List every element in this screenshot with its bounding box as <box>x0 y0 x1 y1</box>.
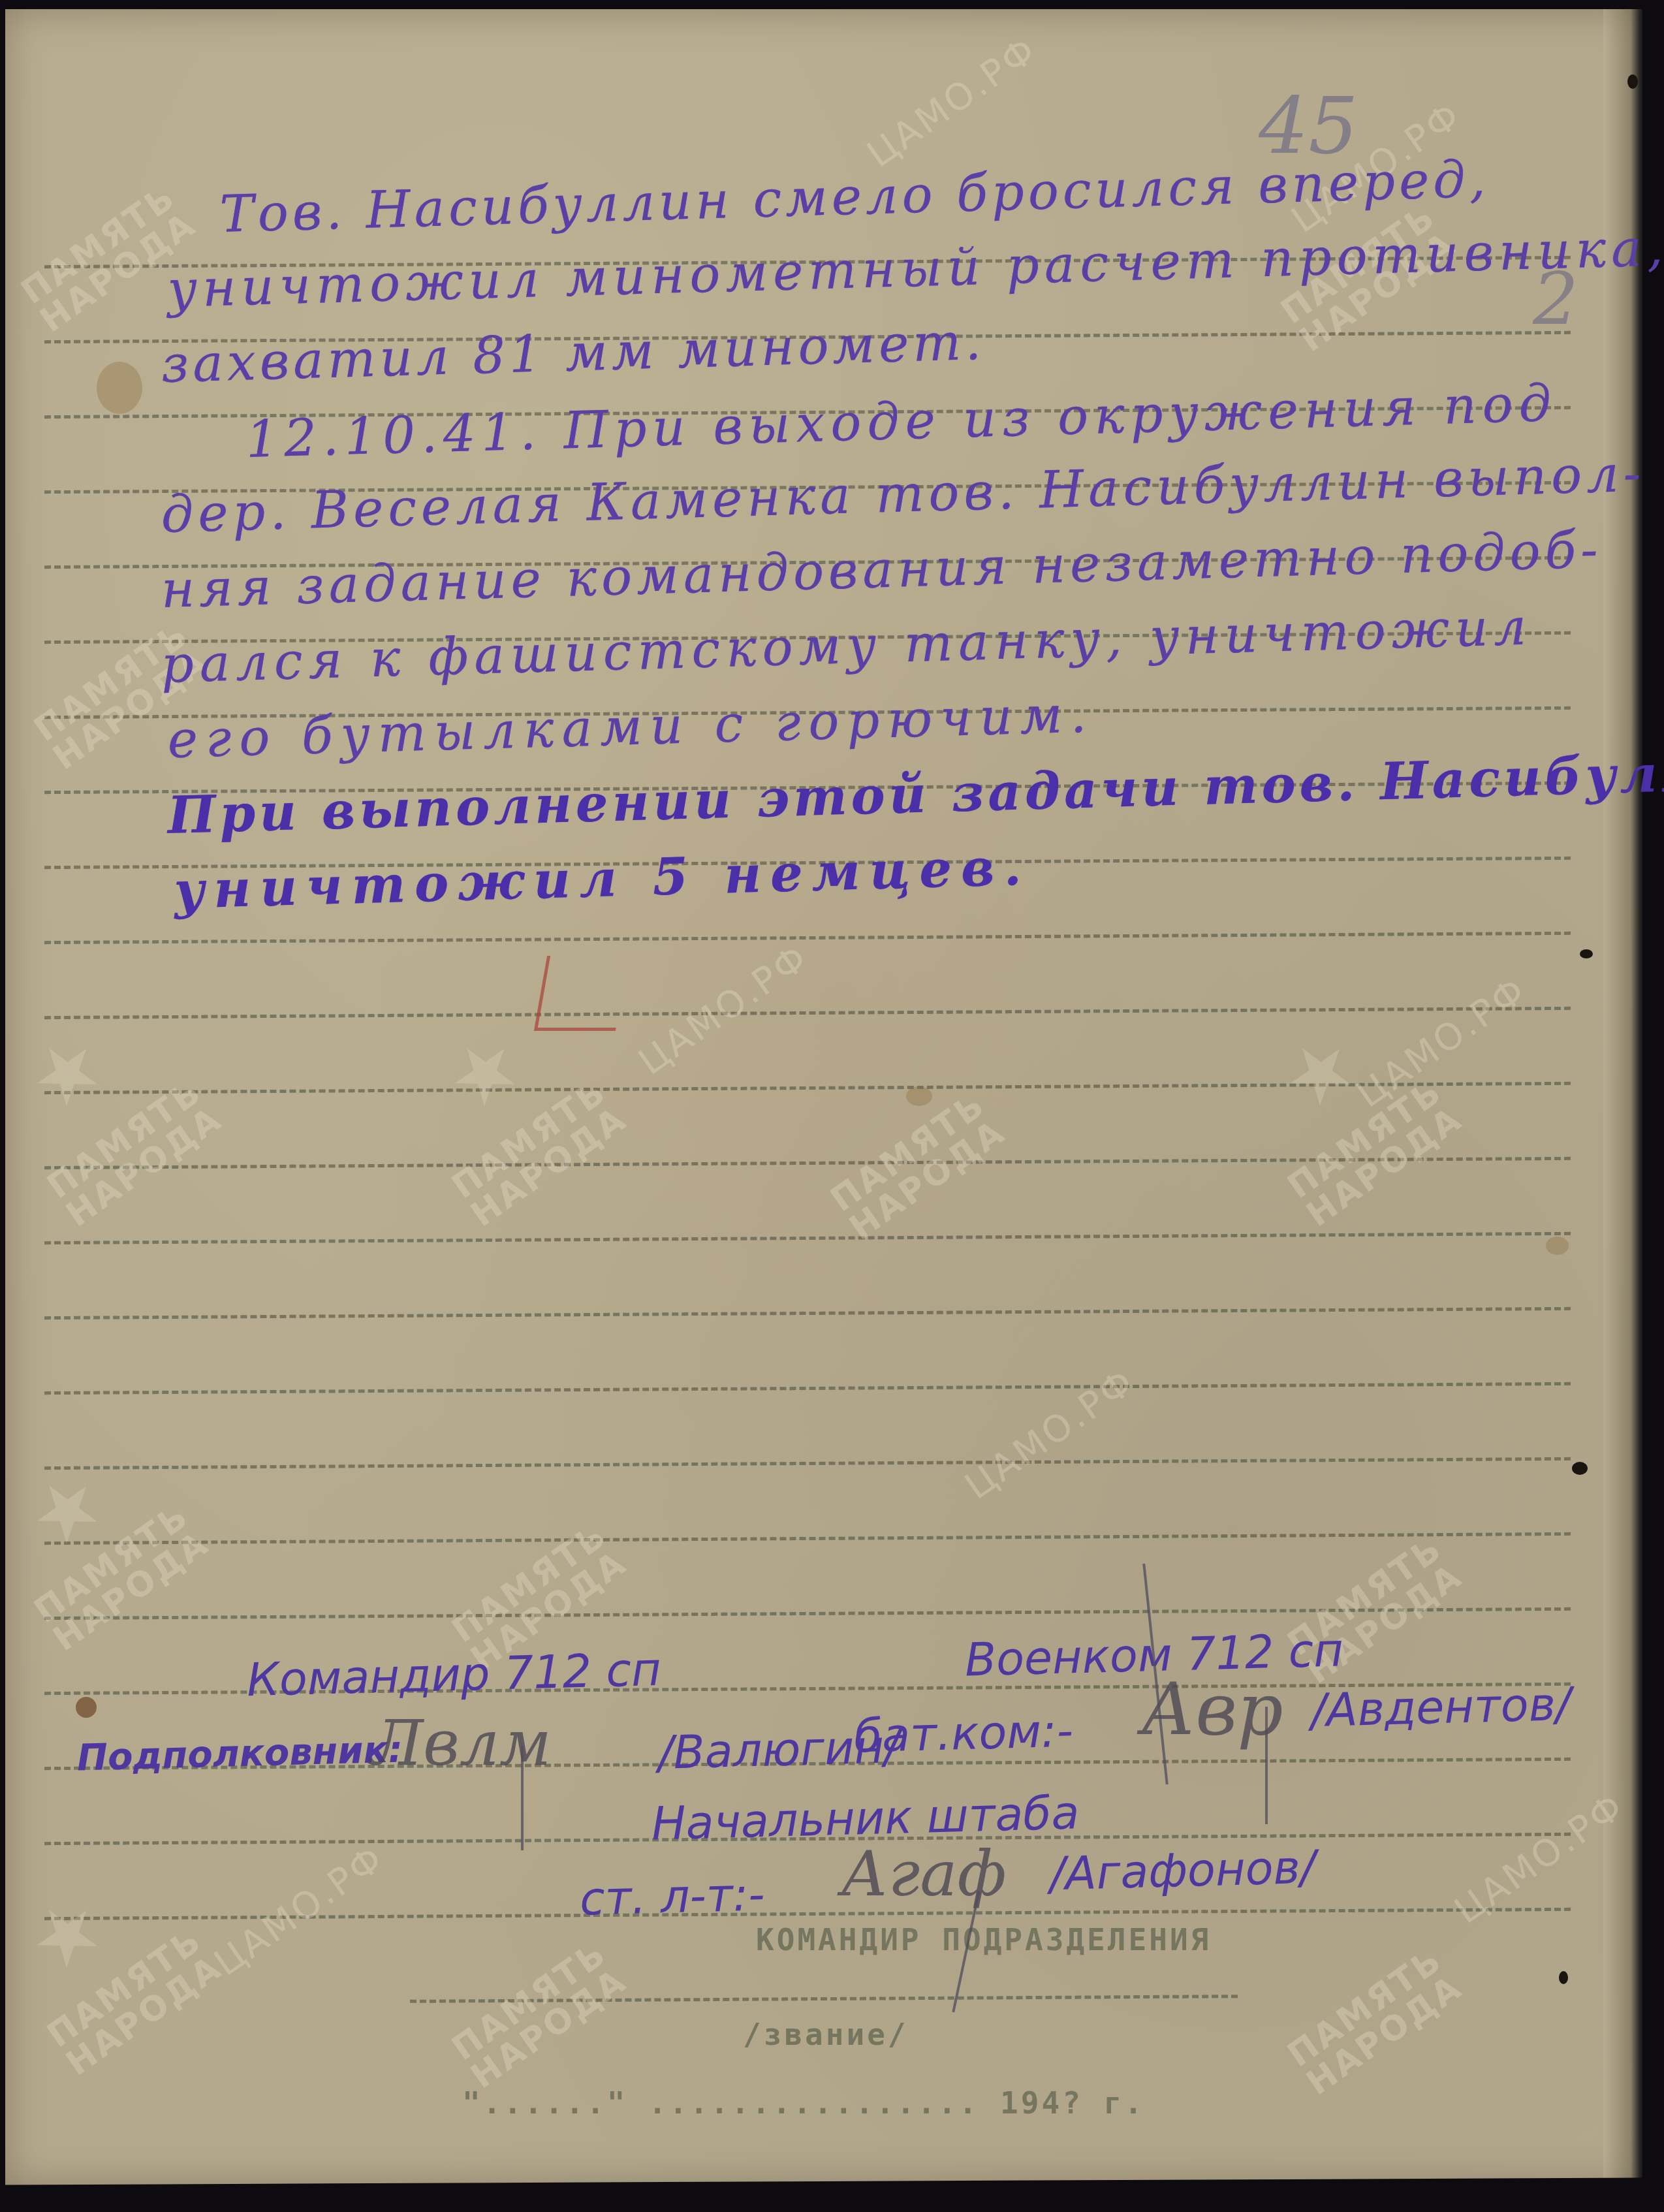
ruled-line <box>44 1457 1571 1470</box>
signature-stroke <box>1265 1707 1268 1824</box>
archive-watermark: ЦАМО.РФ <box>631 936 817 1083</box>
project-watermark-line1: ПАМЯТЬ <box>15 179 182 310</box>
stain <box>97 362 142 414</box>
archive-watermark: ЦАМО.РФ <box>958 1360 1144 1508</box>
project-watermark-line1: ПАМЯТЬ <box>1281 1942 1449 2073</box>
star-watermark-icon: ★ <box>12 1016 121 1131</box>
ruled-line <box>44 1908 1571 1920</box>
ruled-line <box>410 1995 1238 2003</box>
ruled-line <box>44 1307 1571 1319</box>
punch-hole <box>1559 1971 1568 1984</box>
project-watermark: ПАМЯТЬ НАРОДА <box>824 1086 1011 1246</box>
red-pencil-mark <box>534 956 629 1031</box>
archive-watermark: ЦАМО.РФ <box>860 28 1046 176</box>
page-fold-edge <box>1603 9 1642 2187</box>
project-watermark: ПАМЯТЬ НАРОДА <box>446 1935 633 2094</box>
document-sheet: ЦАМО.РФ ЦАМО.РФ ЦАМО.РФ ЦАМО.РФ ЦАМО.РФ … <box>5 9 1642 2187</box>
commander-title: Командир 712 сп <box>246 1643 662 1707</box>
stain <box>1546 1237 1569 1255</box>
project-watermark-line2: НАРОДА <box>465 1963 633 2094</box>
body-line: его бутылками с горючим. <box>166 685 1095 770</box>
page-bottom-edge <box>5 2178 1642 2194</box>
project-watermark: ПАМЯТЬ НАРОДА <box>1281 1942 1468 2101</box>
stain <box>906 1086 932 1106</box>
body-line: уничтожил 5 немцев. <box>173 837 1031 921</box>
punch-hole <box>1572 1462 1588 1475</box>
archive-watermark: ЦАМО.РФ <box>207 1837 393 1984</box>
stain <box>76 1697 97 1718</box>
project-watermark-line2: НАРОДА <box>844 1114 1011 1246</box>
commissar-rank: бат.ком:- <box>853 1704 1074 1763</box>
project-watermark-line1: ПАМЯТЬ <box>824 1086 992 1218</box>
star-watermark-icon: ★ <box>12 1453 121 1568</box>
typed-commander-stamp: КОМАНДИР ПОДРАЗДЕЛЕНИЯ <box>756 1922 1211 1957</box>
body-line: захватил 81 мм миномет. <box>160 313 986 394</box>
star-watermark-icon: ★ <box>12 1878 121 1993</box>
commander-signature: Лвлм <box>371 1707 552 1780</box>
star-watermark-icon: ★ <box>430 1016 539 1131</box>
ruled-line <box>44 1007 1571 1019</box>
punch-hole <box>1580 949 1593 958</box>
star-watermark-icon: ★ <box>1265 1016 1375 1131</box>
typed-date-line: "......" ................ 194? г. <box>462 2085 1145 2121</box>
commissar-name: /Авдентов/ <box>1310 1677 1571 1737</box>
archive-watermark: ЦАМО.РФ <box>1349 968 1535 1116</box>
signature-stroke <box>521 1746 524 1850</box>
chief-of-staff-signature: Агаф <box>841 1837 1007 1910</box>
chief-of-staff-name: /Агафонов/ <box>1049 1841 1316 1901</box>
project-watermark-line2: НАРОДА <box>1301 1970 1468 2101</box>
ruled-line <box>44 1382 1571 1395</box>
ruled-line <box>44 1232 1571 1244</box>
typed-rank-caption: /звание/ <box>743 2017 909 2052</box>
ruled-line <box>44 1532 1571 1545</box>
chief-of-staff-rank: ст. л-т:- <box>579 1867 765 1925</box>
ruled-line <box>44 932 1571 944</box>
ruled-line <box>44 1157 1571 1169</box>
commander-rank: Подполковник: <box>76 1728 403 1779</box>
punch-hole <box>1627 74 1638 89</box>
project-watermark-line1: ПАМЯТЬ <box>446 1517 613 1649</box>
ruled-line <box>44 1607 1571 1620</box>
